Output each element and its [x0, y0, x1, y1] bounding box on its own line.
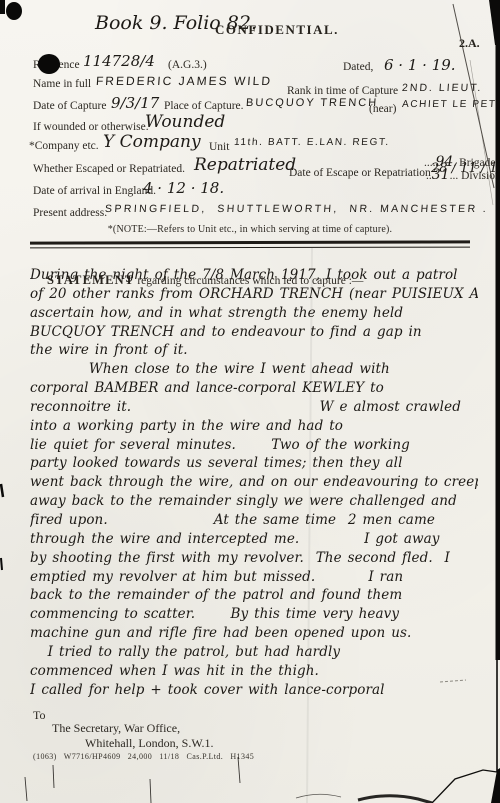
- statement-line: BUCQUOY TRENCH and to endeavour to find …: [30, 323, 478, 342]
- capture-date-value: 9/3/17: [111, 94, 159, 112]
- escaped-value: Repatriated: [194, 155, 296, 175]
- statement-line: I called for help + took cover with lanc…: [30, 681, 478, 700]
- escape-date-value: 28 / 11 / 18: [431, 161, 500, 176]
- ag3-label: (A.G.3.): [168, 59, 207, 71]
- capture-place-value: BUCQUOY TRENCH: [246, 97, 379, 109]
- crease-bottom-1: [25, 777, 27, 801]
- scan-tick-left-1: [1, 484, 3, 497]
- capture-date-label: Date of Capture: [33, 100, 106, 112]
- unit-note: *(NOTE:—Refers to Unit etc., in which se…: [0, 224, 500, 235]
- statement-line: reconnoitre it. W e almost crawled: [30, 398, 478, 417]
- crease-bottom-5: [296, 794, 341, 798]
- reference-value: 114728/4: [83, 52, 155, 70]
- statement-line: emptied my revolver at him but missed. I…: [30, 568, 478, 587]
- document-page: Book 9. Folio 82. CONFIDENTIAL. 2.A. Ref…: [0, 0, 500, 803]
- statement-line: When close to the wire I went ahead with: [30, 360, 478, 379]
- company-label: *Company etc.: [29, 140, 99, 152]
- statement-line: away back to the remainder singly we wer…: [30, 492, 478, 511]
- wounded-value: Wounded: [145, 112, 225, 132]
- dated-label: Dated,: [343, 61, 373, 73]
- rank-label: Rank in time of Capture: [287, 85, 398, 97]
- crease-bottom-2: [53, 765, 54, 788]
- confidential-heading: CONFIDENTIAL.: [215, 22, 339, 38]
- statement-body: During the night of the 7/8 March 1917, …: [30, 266, 478, 699]
- statement-line: through the wire and intercepted me. I g…: [30, 530, 478, 549]
- statement-line: back to the remainder of the patrol and …: [30, 586, 478, 605]
- statement-line: corporal BAMBER and lance-corporal KEWLE…: [30, 379, 478, 398]
- rank-value: 2ND. LIEUT.: [402, 82, 483, 94]
- name-value: FREDERIC JAMES WILD: [96, 74, 273, 88]
- unit-value: 11th. BATT. E.LAN. REGT.: [234, 137, 391, 148]
- escaped-label: Whether Escaped or Repatriated.: [33, 163, 185, 175]
- escape-date-label: Date of Escape or Repatriation: [289, 167, 431, 179]
- section-divider-thick: [30, 240, 470, 244]
- statement-line: commenced when I was hit in the thigh.: [30, 662, 478, 681]
- ink-smear-bottom: [358, 796, 432, 803]
- statement-line: into a working party in the wire and had…: [30, 417, 478, 436]
- statement-line: commencing to scatter. By this time very…: [30, 605, 478, 624]
- unit-label: Unit: [209, 141, 229, 153]
- statement-line: the wire in front of it.: [30, 341, 478, 360]
- arrival-value: 4 · 12 · 18.: [143, 179, 224, 197]
- dated-value: 6 · 1 · 19.: [384, 56, 456, 74]
- scan-tick-left-2: [1, 558, 2, 570]
- company-value: Y Company: [103, 132, 201, 152]
- statement-line: fired upon. At the same time 2 men came: [30, 511, 478, 530]
- footer-to: To: [33, 708, 46, 723]
- section-divider-thin: [30, 247, 470, 249]
- footer-addressee-line1: The Secretary, War Office,: [52, 721, 180, 736]
- capture-place-label: Place of Capture.: [164, 100, 244, 112]
- fold-crease-bottom-right: [432, 770, 497, 803]
- address-label: Present address.: [33, 207, 107, 219]
- statement-line: by shooting the first with my revolver. …: [30, 549, 478, 568]
- statement-line: party looked towards us several times; t…: [30, 454, 478, 473]
- arrival-label: Date of arrival in England.: [33, 185, 156, 197]
- near-value: ACHIET LE PETIT: [402, 99, 500, 110]
- statement-line: During the night of the 7/8 March 1917, …: [30, 266, 478, 285]
- statement-line: machine gun and rifle fire had been open…: [30, 624, 478, 643]
- near-label: (near): [369, 103, 396, 115]
- scan-edge-bottom-right: [491, 768, 500, 803]
- statement-line: lie quiet for several minutes. Two of th…: [30, 436, 478, 455]
- ink-blob-top-left: [6, 2, 22, 20]
- crease-bottom-3: [150, 779, 151, 803]
- name-label: Name in full: [33, 78, 91, 90]
- scan-edge-right-top: [489, 0, 500, 45]
- statement-line: I tried to rally the patrol, but had har…: [30, 643, 478, 662]
- footer-addressee-line2: Whitehall, London, S.W.1.: [85, 736, 214, 751]
- print-code: (1063) W7716/HP4609 24,000 11/18 Cas.P.L…: [33, 752, 254, 761]
- address-value: SPRINGFIELD, SHUTTLEWORTH, NR. MANCHESTE…: [105, 203, 489, 215]
- corner-mark: 2.A.: [459, 36, 480, 51]
- scan-edge-left-top: [0, 0, 5, 14]
- statement-line: ascertain how, and in what strength the …: [30, 304, 478, 323]
- statement-line: of 20 other ranks from ORCHARD TRENCH (n…: [30, 285, 478, 304]
- reference-label: Reference: [33, 59, 80, 71]
- statement-line: went back through the wire, and on our e…: [30, 473, 478, 492]
